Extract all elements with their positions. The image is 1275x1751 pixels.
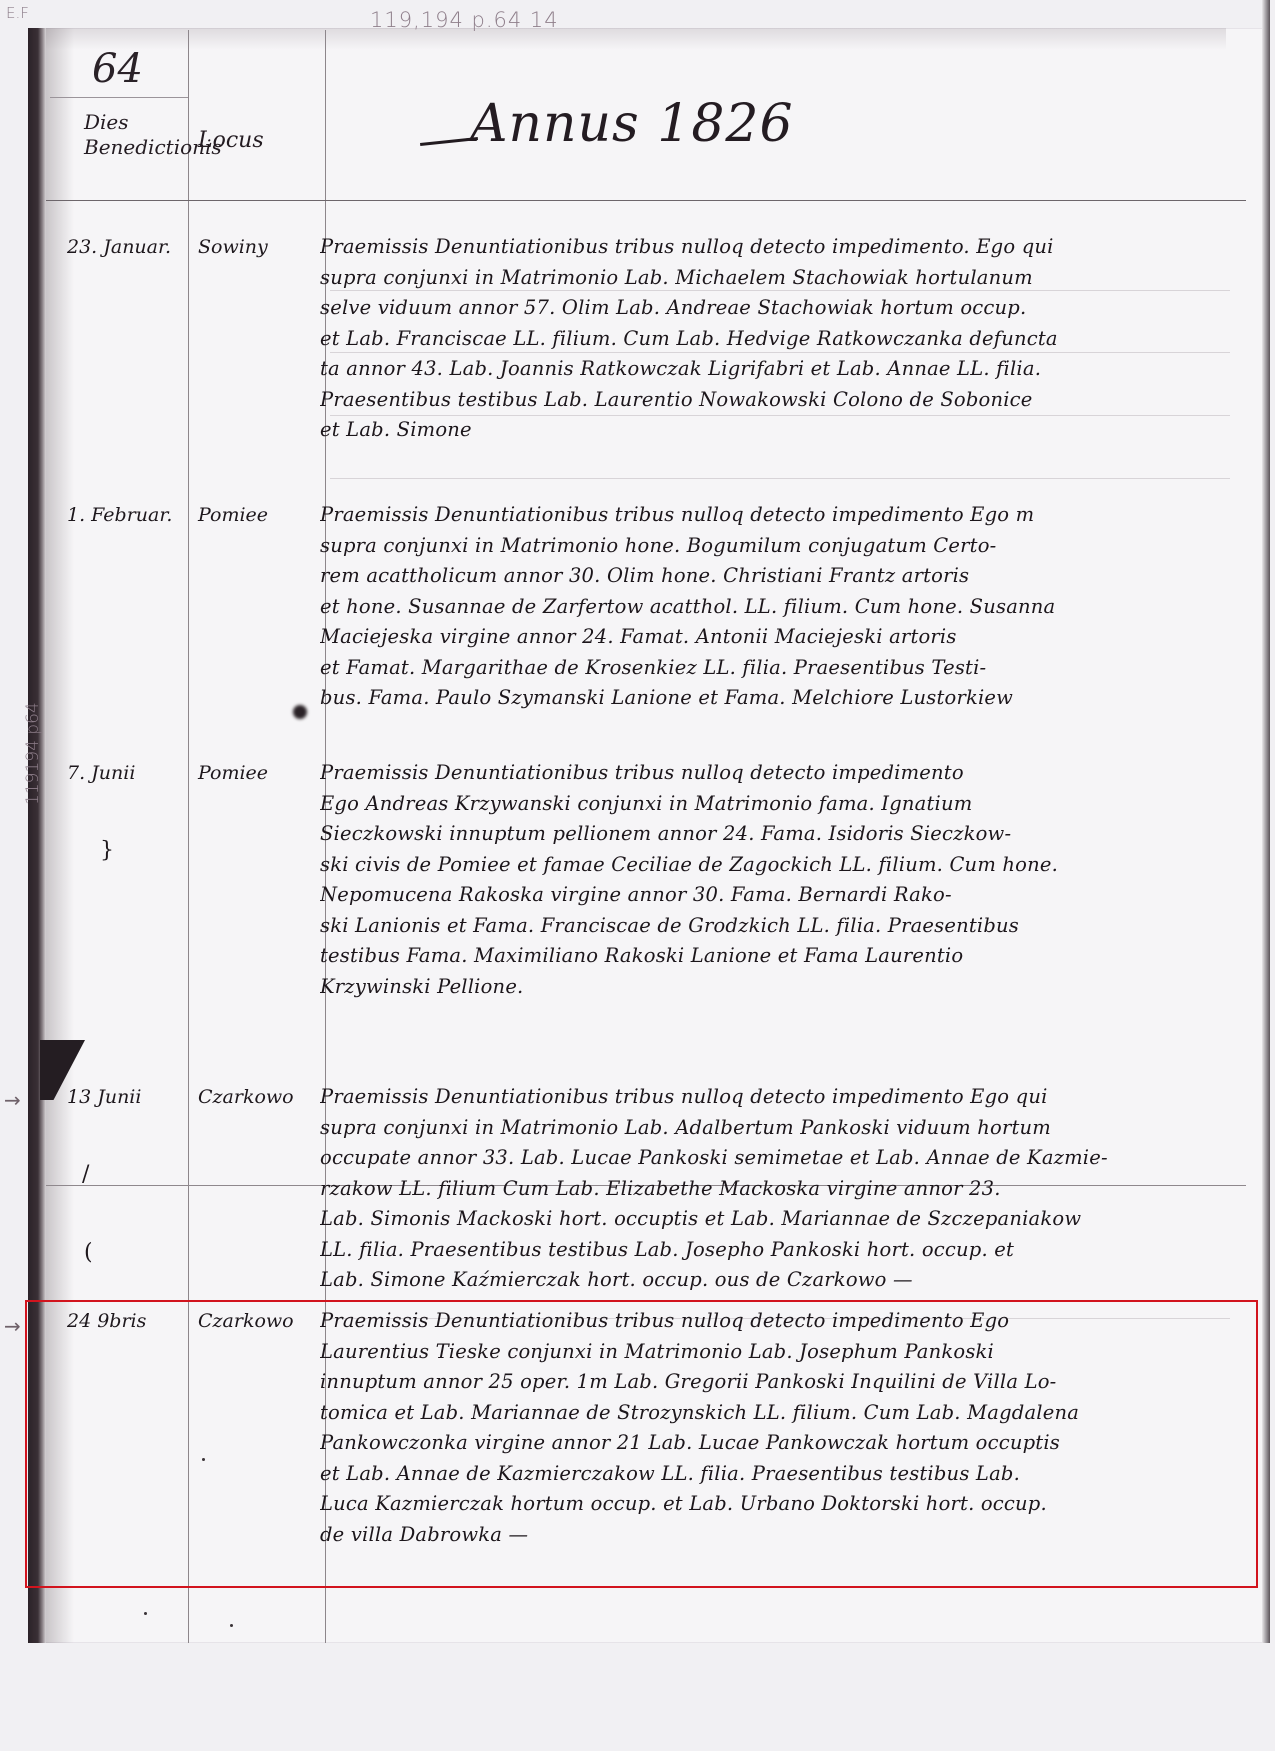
entry-line: Krzywinski Pellione. (320, 972, 1250, 1003)
margin-arrow: → (4, 1314, 21, 1338)
entry-line: Lab. Simonis Mackoski hort. occuptis et … (320, 1204, 1250, 1235)
entry-line: occupate annor 33. Lab. Lucae Pankoski s… (320, 1143, 1250, 1174)
entry-line: innuptum annor 25 oper. 1m Lab. Gregorii… (320, 1367, 1250, 1398)
ink-mark: } (100, 838, 114, 863)
entry-date: 24 9bris (67, 1310, 146, 1332)
entry-place: Czarkowo (198, 1086, 294, 1108)
entry-line: tomica et Lab. Mariannae de Strozynskich… (320, 1398, 1250, 1429)
entry-place: Czarkowo (198, 1310, 294, 1332)
pencil-reference-number: 119,194 p.64 14 (370, 8, 559, 32)
entry-line: et Lab. Simone (320, 415, 1250, 446)
page-number: 64 (92, 46, 143, 92)
entry-text: Praemissis Denuntiationibus tribus nullo… (320, 758, 1250, 1002)
header-rule-bottom (46, 200, 1246, 201)
entry-line: rem acattholicum annor 30. Olim hone. Ch… (320, 561, 1250, 592)
entry-date: 13 Junii (67, 1086, 141, 1108)
entry-line: ta annor 43. Lab. Joannis Ratkowczak Lig… (320, 354, 1250, 385)
entry-line: selve viduum annor 57. Olim Lab. Andreae… (320, 293, 1250, 324)
entry-line: Praemissis Denuntiationibus tribus nullo… (320, 232, 1250, 263)
entry-line: supra conjunxi in Matrimonio hone. Bogum… (320, 531, 1250, 562)
entry-date: 7. Junii (67, 762, 135, 784)
entry-line: Praemissis Denuntiationibus tribus nullo… (320, 1082, 1250, 1113)
ink-blot (293, 705, 307, 719)
entry-line: bus. Fama. Paulo Szymanski Lanione et Fa… (320, 683, 1250, 714)
entry-text: Praemissis Denuntiationibus tribus nullo… (320, 1306, 1250, 1550)
header-rule-page-number (50, 97, 188, 98)
entry-line: rzakow LL. filium Cum Lab. Elizabethe Ma… (320, 1174, 1250, 1205)
entry-line: supra conjunxi in Matrimonio Lab. Adalbe… (320, 1113, 1250, 1144)
entry-line: Praemissis Denuntiationibus tribus nullo… (320, 1306, 1250, 1337)
entry-place: Pomiee (198, 762, 268, 784)
scan-speck (144, 1612, 147, 1615)
entry-line: supra conjunxi in Matrimonio Lab. Michae… (320, 263, 1250, 294)
ink-mark: / (82, 1162, 89, 1187)
entry-line: et Lab. Annae de Kazmierczakow LL. filia… (320, 1459, 1250, 1490)
entry-text: Praemissis Denuntiationibus tribus nullo… (320, 232, 1250, 446)
entry-line: testibus Fama. Maximiliano Rakoski Lanio… (320, 941, 1250, 972)
ledger-rule (330, 478, 1230, 479)
entry-line: Sieczkowski innuptum pellionem annor 24.… (320, 819, 1250, 850)
entry-text: Praemissis Denuntiationibus tribus nullo… (320, 500, 1250, 714)
entry-line: LL. filia. Praesentibus testibus Lab. Jo… (320, 1235, 1250, 1266)
scan-speck (230, 1624, 233, 1627)
entry-line: de villa Dabrowka — (320, 1520, 1250, 1551)
entry-line: et Famat. Margarithae de Krosenkiez LL. … (320, 653, 1250, 684)
entry-date: 23. Januar. (67, 236, 171, 258)
entry-line: Praemissis Denuntiationibus tribus nullo… (320, 758, 1250, 789)
entry-place: Pomiee (198, 504, 268, 526)
entry-line: ski civis de Pomiee et famae Ceciliae de… (320, 850, 1250, 881)
scan-speck (425, 1253, 428, 1256)
scan-speck (202, 1458, 205, 1461)
entry-place: Sowiny (198, 236, 268, 258)
column-header-place: Locus (198, 128, 264, 153)
entry-line: Maciejeska virgine annor 24. Famat. Anto… (320, 622, 1250, 653)
entry-text: Praemissis Denuntiationibus tribus nullo… (320, 1082, 1250, 1296)
entry-line: et hone. Susannae de Zarfertow acatthol.… (320, 592, 1250, 623)
entry-line: Laurentius Tieske conjunxi in Matrimonio… (320, 1337, 1250, 1368)
entry-line: Praesentibus testibus Lab. Laurentio Now… (320, 385, 1250, 416)
pencil-initials: E.F (6, 4, 29, 22)
entry-line: Luca Kazmierczak hortum occup. et Lab. U… (320, 1489, 1250, 1520)
entry-date: 1. Februar. (67, 504, 172, 526)
entry-line: ski Lanionis et Fama. Franciscae de Grod… (320, 911, 1250, 942)
scan-edge-shadow (1262, 0, 1270, 1643)
pencil-side-reference: 119194 p64 (23, 695, 43, 805)
entry-line: Ego Andreas Krzywanski conjunxi in Matri… (320, 789, 1250, 820)
ink-mark: ( (84, 1240, 93, 1265)
margin-arrow: → (4, 1088, 21, 1112)
entry-line: Nepomucena Rakoska virgine annor 30. Fam… (320, 880, 1250, 911)
entry-line: Praemissis Denuntiationibus tribus nullo… (320, 500, 1250, 531)
column-header-date: Dies Benedictionis (84, 110, 164, 160)
entry-line: et Lab. Franciscae LL. filium. Cum Lab. … (320, 324, 1250, 355)
page-title: Annus 1826 (470, 94, 794, 154)
entry-line: Lab. Simone Kaźmierczak hort. occup. ous… (320, 1265, 1250, 1296)
scan-top-smudge (46, 28, 1226, 50)
entry-line: Pankowczonka virgine annor 21 Lab. Lucae… (320, 1428, 1250, 1459)
